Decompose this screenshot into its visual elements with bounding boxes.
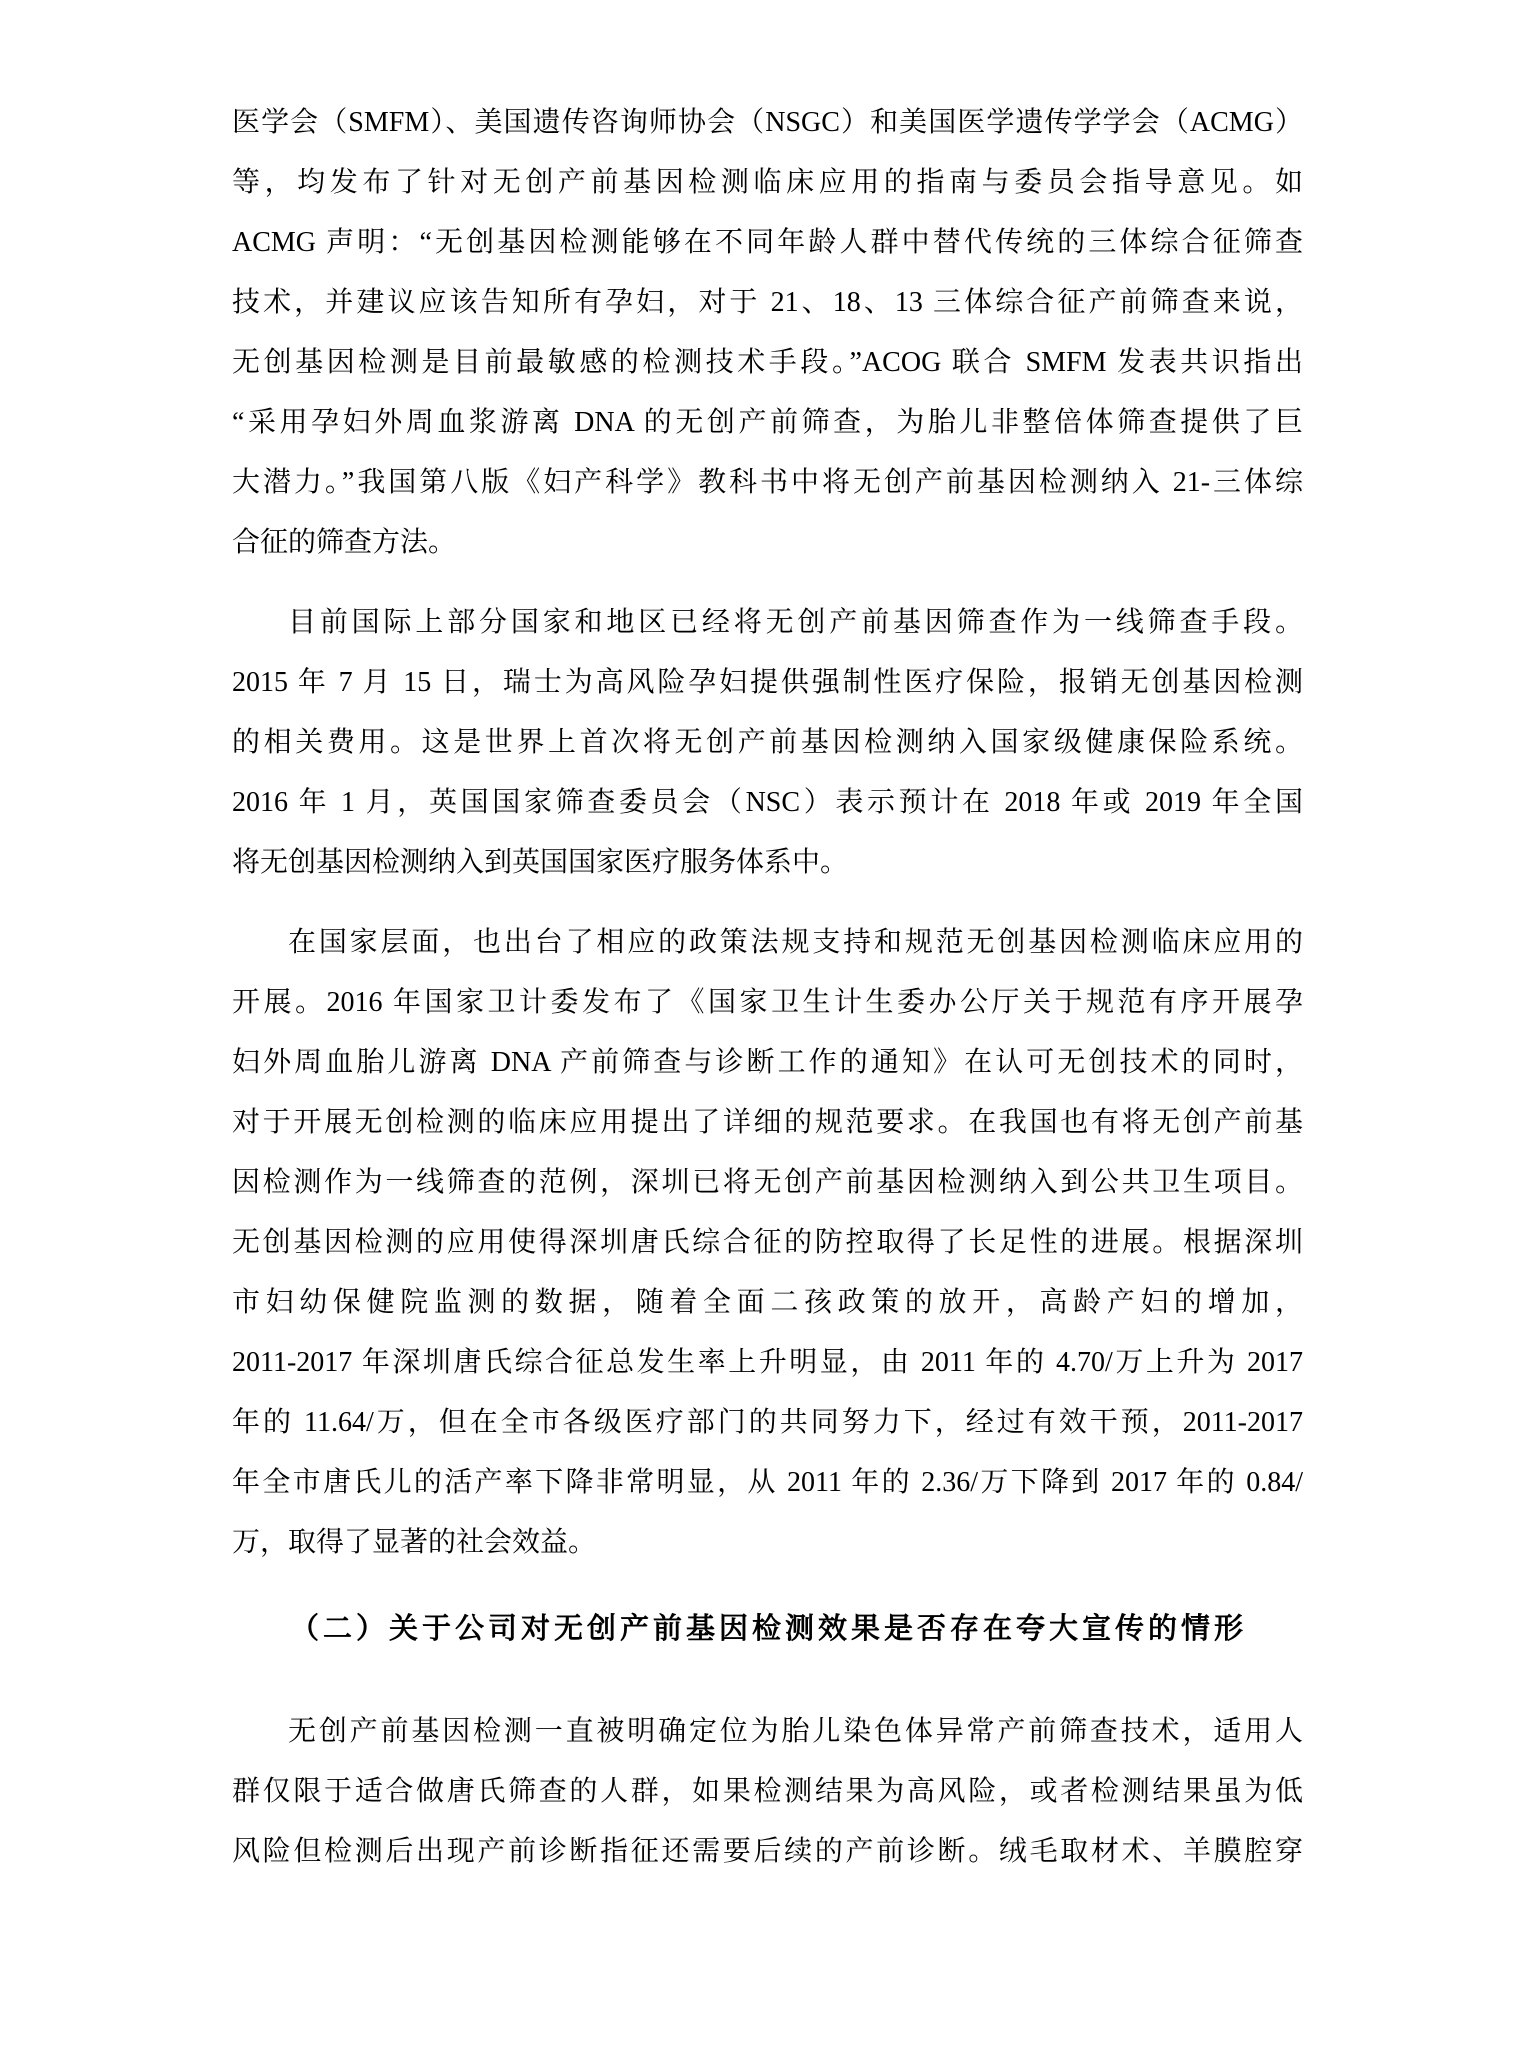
text-line: 合征的筛查方法。	[232, 513, 1303, 573]
text-line: 目前国际上部分国家和地区已经将无创产前基因筛查作为一线筛查手段。	[232, 593, 1303, 653]
text-line: 因检测作为一线筛查的范例，深圳已将无创产前基因检测纳入到公共卫生项目。	[232, 1153, 1303, 1213]
text-line: 无创产前基因检测一直被明确定位为胎儿染色体异常产前筛查技术，适用人	[232, 1702, 1303, 1762]
text-line: 无创基因检测是目前最敏感的检测技术手段。”ACOG 联合 SMFM 发表共识指出	[232, 333, 1303, 393]
text-line: 大潜力。”我国第八版《妇产科学》教科书中将无创产前基因检测纳入 21-三体综	[232, 453, 1303, 513]
text-line: 2016 年 1 月，英国国家筛查委员会（NSC）表示预计在 2018 年或 2…	[232, 773, 1303, 833]
text-line: 对于开展无创检测的临床应用提出了详细的规范要求。在我国也有将无创产前基	[232, 1093, 1303, 1153]
paragraph: 目前国际上部分国家和地区已经将无创产前基因筛查作为一线筛查手段。2015 年 7…	[232, 593, 1303, 893]
section-heading: （二）关于公司对无创产前基因检测效果是否存在夸大宣传的情形	[232, 1599, 1303, 1659]
text-line: 将无创基因检测纳入到英国国家医疗服务体系中。	[232, 833, 1303, 893]
text-line: 年的 11.64/万，但在全市各级医疗部门的共同努力下，经过有效干预，2011-…	[232, 1393, 1303, 1453]
text-line: 医学会（SMFM）、美国遗传咨询师协会（NSGC）和美国医学遗传学学会（ACMG…	[232, 93, 1303, 153]
text-line: ACMG 声明：“无创基因检测能够在不同年龄人群中替代传统的三体综合征筛查	[232, 213, 1303, 273]
text-line: 2011-2017 年深圳唐氏综合征总发生率上升明显，由 2011 年的 4.7…	[232, 1333, 1303, 1393]
text-line: 风险但检测后出现产前诊断指征还需要后续的产前诊断。绒毛取材术、羊膜腔穿	[232, 1822, 1303, 1882]
text-line: 妇外周血胎儿游离 DNA 产前筛查与诊断工作的通知》在认可无创技术的同时，	[232, 1033, 1303, 1093]
text-line: 无创基因检测的应用使得深圳唐氏综合征的防控取得了长足性的进展。根据深圳	[232, 1213, 1303, 1273]
document-content: 医学会（SMFM）、美国遗传咨询师协会（NSGC）和美国医学遗传学学会（ACMG…	[232, 93, 1303, 1882]
text-line: 2015 年 7 月 15 日，瑞士为高风险孕妇提供强制性医疗保险，报销无创基因…	[232, 653, 1303, 713]
text-line: 群仅限于适合做唐氏筛查的人群，如果检测结果为高风险，或者检测结果虽为低	[232, 1762, 1303, 1822]
text-line: “采用孕妇外周血浆游离 DNA 的无创产前筛查，为胎儿非整倍体筛查提供了巨	[232, 393, 1303, 453]
document-page: 医学会（SMFM）、美国遗传咨询师协会（NSGC）和美国医学遗传学学会（ACMG…	[0, 0, 1536, 2048]
text-line: 技术，并建议应该告知所有孕妇，对于 21、18、13 三体综合征产前筛查来说，	[232, 273, 1303, 333]
text-line: 的相关费用。这是世界上首次将无创产前基因检测纳入国家级健康保险系统。	[232, 713, 1303, 773]
paragraph: 医学会（SMFM）、美国遗传咨询师协会（NSGC）和美国医学遗传学学会（ACMG…	[232, 93, 1303, 573]
text-line: 开展。2016 年国家卫计委发布了《国家卫生计生委办公厅关于规范有序开展孕	[232, 973, 1303, 1033]
paragraph: 无创产前基因检测一直被明确定位为胎儿染色体异常产前筛查技术，适用人群仅限于适合做…	[232, 1702, 1303, 1882]
text-line: 万，取得了显著的社会效益。	[232, 1513, 1303, 1573]
text-line: 在国家层面，也出台了相应的政策法规支持和规范无创基因检测临床应用的	[232, 913, 1303, 973]
text-line: 等，均发布了针对无创产前基因检测临床应用的指南与委员会指导意见。如	[232, 153, 1303, 213]
text-line: 年全市唐氏儿的活产率下降非常明显，从 2011 年的 2.36/万下降到 201…	[232, 1453, 1303, 1513]
text-line: 市妇幼保健院监测的数据，随着全面二孩政策的放开，高龄产妇的增加，	[232, 1273, 1303, 1333]
paragraph: 在国家层面，也出台了相应的政策法规支持和规范无创基因检测临床应用的开展。2016…	[232, 913, 1303, 1573]
